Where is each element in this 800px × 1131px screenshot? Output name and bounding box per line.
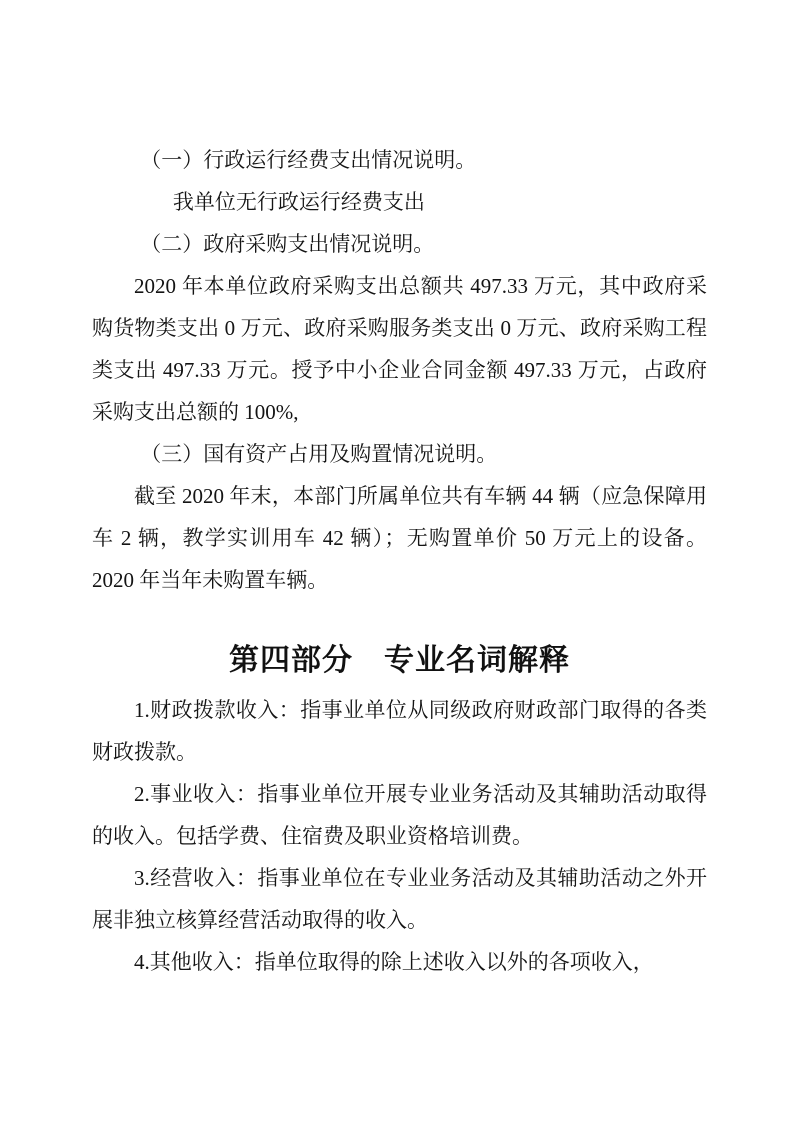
section-heading-government-procurement: （二）政府采购支出情况说明。 bbox=[92, 223, 707, 265]
paragraph-government-procurement: 2020 年本单位政府采购支出总额共 497.33 万元，其中政府采购货物类支出… bbox=[92, 265, 707, 433]
term-1-fiscal-appropriation-income: 1.财政拨款收入：指事业单位从同级政府财政部门取得的各类财政拨款。 bbox=[92, 689, 707, 773]
section-heading-admin-operating-expense: （一）行政运行经费支出情况说明。 bbox=[92, 139, 707, 181]
section-heading-state-assets: （三）国有资产占用及购置情况说明。 bbox=[92, 433, 707, 475]
paragraph-state-assets-vehicles: 截至 2020 年末，本部门所属单位共有车辆 44 辆（应急保障用车 2 辆，教… bbox=[92, 475, 707, 601]
note-no-admin-operating-expense: 我单位无行政运行经费支出 bbox=[92, 181, 707, 223]
term-3-business-income: 3.经营收入：指事业单位在专业业务活动及其辅助活动之外开展非独立核算经营活动取得… bbox=[92, 857, 707, 941]
term-2-operating-service-income: 2.事业收入：指事业单位开展专业业务活动及其辅助活动取得的收入。包括学费、住宿费… bbox=[92, 773, 707, 857]
part4-title-terminology: 第四部分 专业名词解释 bbox=[92, 637, 707, 685]
document-page: （一）行政运行经费支出情况说明。 我单位无行政运行经费支出 （二）政府采购支出情… bbox=[0, 0, 800, 1131]
term-4-other-income: 4.其他收入：指单位取得的除上述收入以外的各项收入， bbox=[92, 941, 707, 983]
